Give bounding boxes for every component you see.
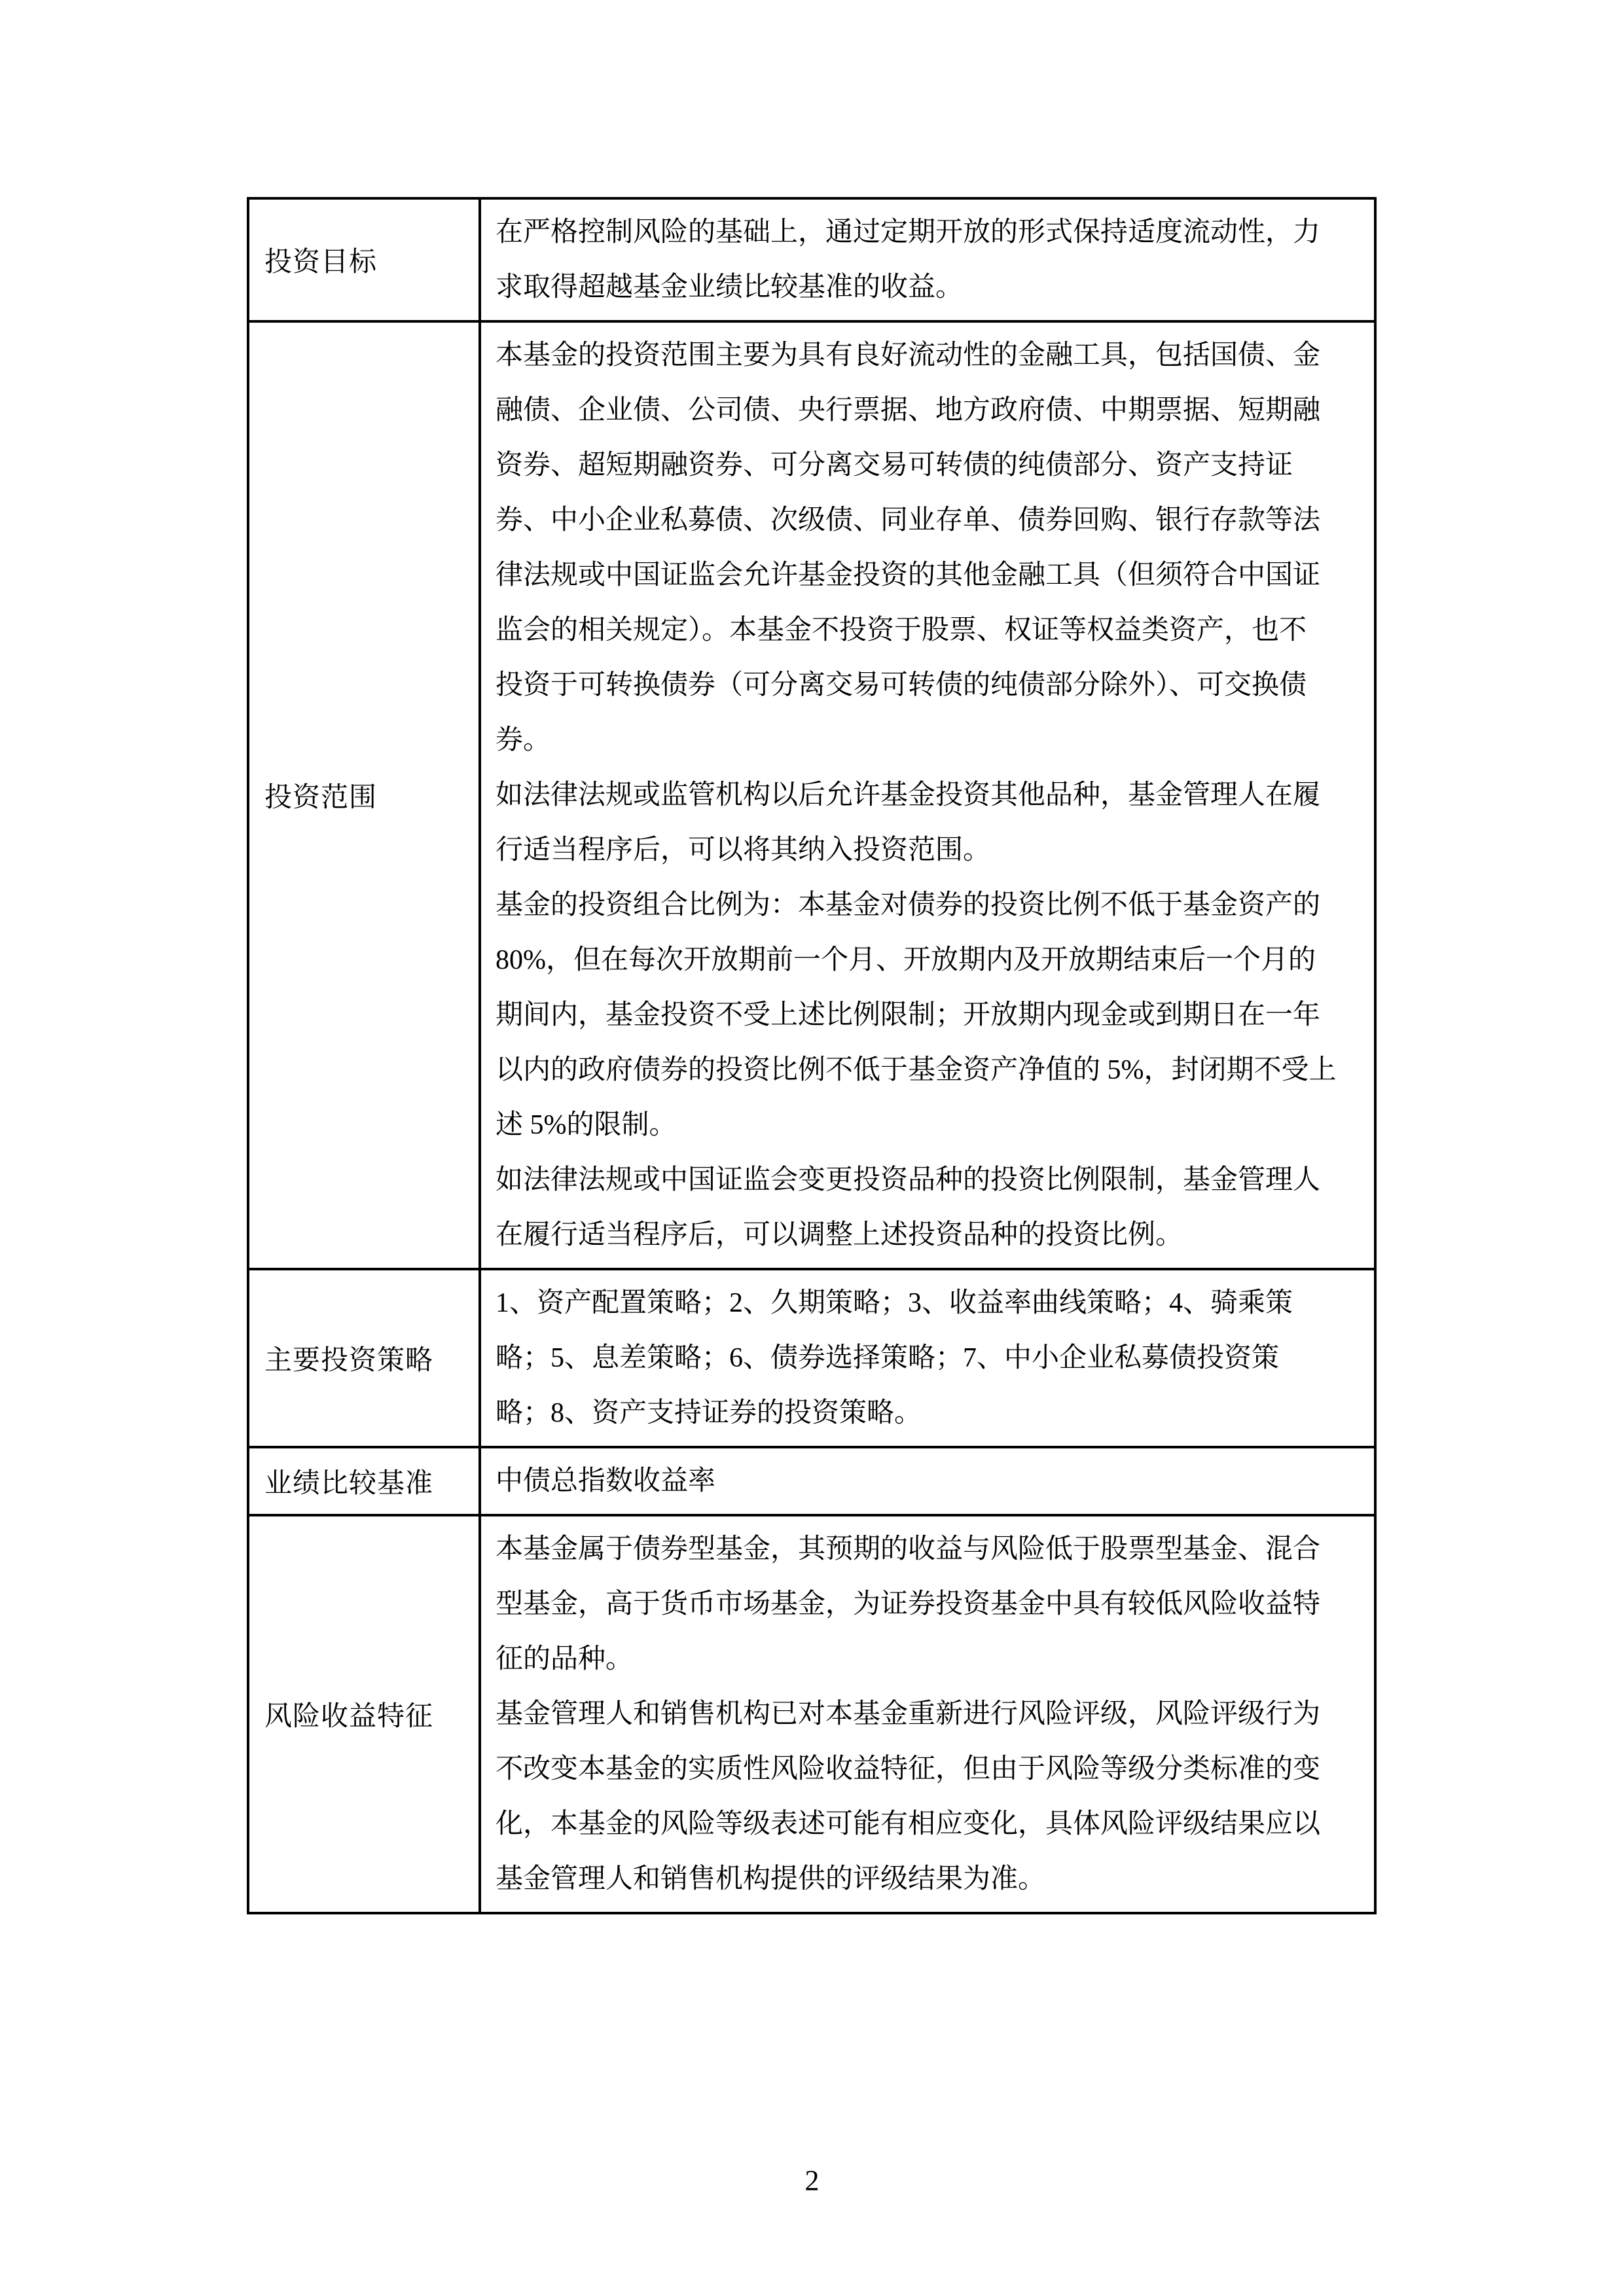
text-line: 行适当程序后，可以将其纳入投资范围。 xyxy=(496,823,1357,878)
text-line: 券、中小企业私募债、次级债、同业存单、债券回购、银行存款等法 xyxy=(496,493,1357,548)
table-row-risk-return-profile: 风险收益特征 本基金属于债券型基金，其预期的收益与风险低于股票型基金、混合型基金… xyxy=(249,1514,1374,1912)
text-line: 监会的相关规定）。本基金不投资于股票、权证等权益类资产，也不 xyxy=(496,603,1357,658)
row-content-risk-return-profile: 本基金属于债券型基金，其预期的收益与风险低于股票型基金、混合型基金，高于货币市场… xyxy=(481,1516,1374,1912)
text-line: 不改变本基金的实质性风险收益特征，但由于风险等级分类标准的变 xyxy=(496,1742,1357,1797)
text-line: 型基金，高于货币市场基金，为证券投资基金中具有较低风险收益特 xyxy=(496,1577,1357,1632)
text-line: 80%，但在每次开放期前一个月、开放期内及开放期结束后一个月的 xyxy=(496,933,1357,988)
table-row-benchmark: 业绩比较基准 中债总指数收益率 xyxy=(249,1446,1374,1514)
text-line: 征的品种。 xyxy=(496,1632,1357,1687)
text-line: 资券、超短期融资券、可分离交易可转债的纯债部分、资产支持证 xyxy=(496,438,1357,493)
text-line: 1、资产配置策略；2、久期策略；3、收益率曲线策略；4、骑乘策 xyxy=(496,1276,1357,1331)
row-content-investment-scope: 本基金的投资范围主要为具有良好流动性的金融工具，包括国债、金融债、企业债、公司债… xyxy=(481,323,1374,1268)
row-label-investment-objective: 投资目标 xyxy=(249,200,481,320)
text-line: 化，本基金的风险等级表述可能有相应变化，具体风险评级结果应以 xyxy=(496,1797,1357,1852)
text-line: 基金的投资组合比例为：本基金对债券的投资比例不低于基金资产的 xyxy=(496,878,1357,933)
text-line: 略；8、资产支持证券的投资策略。 xyxy=(496,1386,1357,1441)
document-page: 投资目标 在严格控制风险的基础上，通过定期开放的形式保持适度流动性，力求取得超越… xyxy=(0,0,1624,2296)
text-line: 基金管理人和销售机构已对本基金重新进行风险评级，风险评级行为 xyxy=(496,1687,1357,1742)
text-line: 以内的政府债券的投资比例不低于基金资产净值的 5%，封闭期不受上 xyxy=(496,1043,1357,1098)
text-line: 基金管理人和销售机构提供的评级结果为准。 xyxy=(496,1852,1357,1907)
text-line: 述 5%的限制。 xyxy=(496,1098,1357,1153)
text-line: 本基金属于债券型基金，其预期的收益与风险低于股票型基金、混合 xyxy=(496,1522,1357,1577)
text-line: 如法律法规或监管机构以后允许基金投资其他品种，基金管理人在履 xyxy=(496,768,1357,823)
row-content-benchmark: 中债总指数收益率 xyxy=(481,1448,1374,1514)
page-number: 2 xyxy=(0,2164,1624,2197)
row-content-investment-objective: 在严格控制风险的基础上，通过定期开放的形式保持适度流动性，力求取得超越基金业绩比… xyxy=(481,200,1374,320)
fund-info-table: 投资目标 在严格控制风险的基础上，通过定期开放的形式保持适度流动性，力求取得超越… xyxy=(247,197,1377,1914)
row-label-main-strategies: 主要投资策略 xyxy=(249,1270,481,1446)
text-line: 略；5、息差策略；6、债券选择策略；7、中小企业私募债投资策 xyxy=(496,1331,1357,1386)
text-line: 如法律法规或中国证监会变更投资品种的投资比例限制，基金管理人 xyxy=(496,1153,1357,1208)
text-line: 期间内，基金投资不受上述比例限制；开放期内现金或到期日在一年 xyxy=(496,988,1357,1043)
table-row-main-strategies: 主要投资策略 1、资产配置策略；2、久期策略；3、收益率曲线策略；4、骑乘策略；… xyxy=(249,1268,1374,1446)
text-line: 律法规或中国证监会允许基金投资的其他金融工具（但须符合中国证 xyxy=(496,548,1357,603)
text-line: 在履行适当程序后，可以调整上述投资品种的投资比例。 xyxy=(496,1208,1357,1263)
text-line: 投资于可转换债券（可分离交易可转债的纯债部分除外）、可交换债 xyxy=(496,658,1357,713)
row-label-investment-scope: 投资范围 xyxy=(249,323,481,1268)
text-line: 本基金的投资范围主要为具有良好流动性的金融工具，包括国债、金 xyxy=(496,328,1357,383)
row-content-main-strategies: 1、资产配置策略；2、久期策略；3、收益率曲线策略；4、骑乘策略；5、息差策略；… xyxy=(481,1270,1374,1446)
text-line: 融债、企业债、公司债、央行票据、地方政府债、中期票据、短期融 xyxy=(496,383,1357,438)
table-row-investment-objective: 投资目标 在严格控制风险的基础上，通过定期开放的形式保持适度流动性，力求取得超越… xyxy=(249,200,1374,320)
table-row-investment-scope: 投资范围 本基金的投资范围主要为具有良好流动性的金融工具，包括国债、金融债、企业… xyxy=(249,320,1374,1268)
row-label-benchmark: 业绩比较基准 xyxy=(249,1448,481,1514)
text-line: 券。 xyxy=(496,713,1357,768)
text-line: 求取得超越基金业绩比较基准的收益。 xyxy=(496,260,1357,315)
text-line: 在严格控制风险的基础上，通过定期开放的形式保持适度流动性，力 xyxy=(496,205,1357,260)
row-label-risk-return-profile: 风险收益特征 xyxy=(249,1516,481,1912)
text-line: 中债总指数收益率 xyxy=(496,1454,1357,1509)
